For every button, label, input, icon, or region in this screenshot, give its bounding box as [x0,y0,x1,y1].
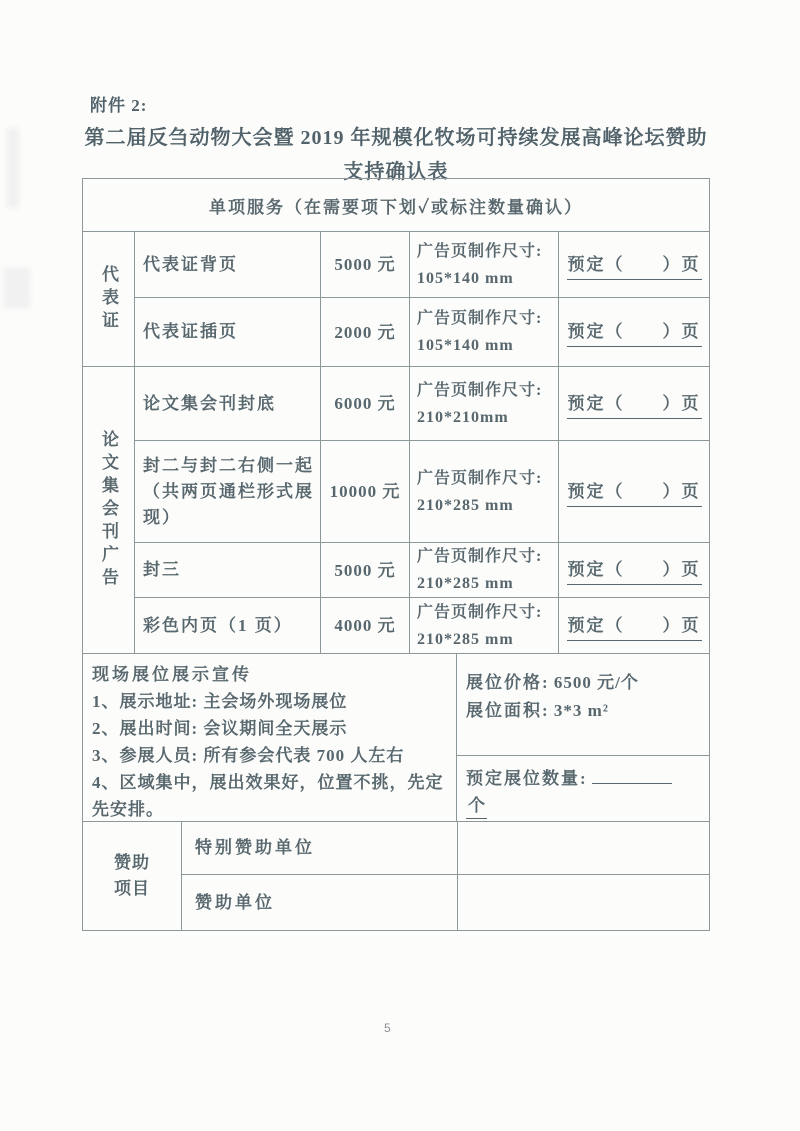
booth-area-label: 展位面积: [466,701,550,720]
table-row: 赞助单位 [181,874,709,930]
item-cell: 赞助单位 [181,875,457,930]
reserve-cell: 预定（ ）页 [558,543,709,597]
reserve-cell: 预定（ ）页 [558,598,709,653]
reserve-blank: 预定（ ）页 [567,389,702,419]
reserve-blank: 预定（ ）页 [567,611,702,641]
spec-cell: 广告页制作尺寸: 105*140 mm [409,298,558,366]
section-badge: 代表证 代表证背页 5000 元 广告页制作尺寸: 105*140 mm 预定（… [83,231,709,366]
booth-price-line: 展位价格: 6500 元/个 [466,669,705,697]
price-cell: 5000 元 [320,232,409,297]
booth-price-cell: 展位价格: 6500 元/个 展位面积: 3*3 m² [457,654,709,755]
reserve-blank: 预定（ ）页 [567,555,702,585]
spec-cell: 广告页制作尺寸: 210*210mm [409,367,558,440]
item-cell: 代表证插页 [134,298,320,366]
sponsor-value-cell [457,822,709,874]
title-line-1: 第二届反刍动物大会暨 2019 年规模化牧场可持续发展高峰论坛赞助 [80,121,712,155]
section-journal-ads: 论文集会刊广告 论文集会刊封底 6000 元 广告页制作尺寸: 210*210m… [83,366,709,653]
booth-quantity-cell: 预定展位数量: 个 [457,755,709,821]
category-cell-journal: 论文集会刊广告 [83,367,134,653]
booth-price-value: 6500 元/个 [554,673,639,692]
reserve-cell: 预定（ ）页 [558,232,709,297]
scan-artifact [4,268,30,308]
booth-detail-line: 4、区域集中，展出效果好，位置不挑，先定先安排。 [92,769,448,823]
item-cell: 彩色内页（1 页） [134,598,320,653]
reserve-blank: 预定（ ）页 [567,250,702,280]
booth-description-cell: 现场展位展示宣传 1、展示地址: 主会场外现场展位 2、展出时间: 会议期间全天… [83,654,456,821]
booth-detail-line: 2、展出时间: 会议期间全天展示 [92,715,448,742]
attachment-label: 附件 2: [90,91,147,116]
section-booth: 现场展位展示宣传 1、展示地址: 主会场外现场展位 2、展出时间: 会议期间全天… [83,653,709,821]
booth-price-label: 展位价格: [466,673,550,692]
booth-area-value: 3*3 m² [554,701,609,720]
booth-detail-line: 3、参展人员: 所有参会代表 700 人左右 [92,742,448,769]
item-cell: 代表证背页 [134,232,320,297]
spec-cell: 广告页制作尺寸: 105*140 mm [409,232,558,297]
table-row: 彩色内页（1 页） 4000 元 广告页制作尺寸: 210*285 mm 预定（… [134,597,709,653]
category-cell-badge: 代表证 [83,232,134,366]
section-sponsor: 赞助项目 特别赞助单位 赞助单位 [83,821,709,930]
booth-quantity-blank [592,767,672,784]
scan-artifact [7,128,19,208]
item-cell: 特别赞助单位 [181,822,457,874]
category-label: 代表证 [100,265,117,334]
table-header: 单项服务（在需要项下划✓或标注数量确认） [83,179,709,231]
spec-cell: 广告页制作尺寸: 210*285 mm [409,543,558,597]
category-cell-sponsor: 赞助项目 [83,822,181,930]
price-cell: 5000 元 [320,543,409,597]
category-label: 论文集会刊广告 [100,430,117,591]
price-cell: 10000 元 [320,441,409,542]
booth-quantity-unit: 个 [466,796,487,819]
reserve-cell: 预定（ ）页 [558,367,709,440]
document-page: 附件 2: 第二届反刍动物大会暨 2019 年规模化牧场可持续发展高峰论坛赞助 … [0,0,800,1131]
table-row: 封二与封二右侧一起 （共两页通栏形式展现） 10000 元 广告页制作尺寸: 2… [134,440,709,542]
sponsorship-confirmation-table: 单项服务（在需要项下划✓或标注数量确认） 代表证 代表证背页 5000 元 广告… [82,178,710,931]
table-row: 论文集会刊封底 6000 元 广告页制作尺寸: 210*210mm 预定（ ）页 [134,367,709,440]
item-cell: 封三 [134,543,320,597]
reserve-blank: 预定（ ）页 [567,477,702,507]
table-row: 封三 5000 元 广告页制作尺寸: 210*285 mm 预定（ ）页 [134,542,709,597]
item-cell: 论文集会刊封底 [134,367,320,440]
spec-cell: 广告页制作尺寸: 210*285 mm [409,598,558,653]
spec-cell: 广告页制作尺寸: 210*285 mm [409,441,558,542]
sponsor-value-cell [457,875,709,930]
page-number: 5 [384,1021,391,1035]
reserve-cell: 预定（ ）页 [558,298,709,366]
reserve-cell: 预定（ ）页 [558,441,709,542]
booth-detail-line: 1、展示地址: 主会场外现场展位 [92,688,448,715]
category-label: 赞助项目 [110,850,154,902]
table-row: 代表证背页 5000 元 广告页制作尺寸: 105*140 mm 预定（ ）页 [134,232,709,297]
table-row: 特别赞助单位 [181,822,709,874]
booth-title: 现场展位展示宣传 [92,661,448,688]
price-cell: 6000 元 [320,367,409,440]
booth-quantity-label: 预定展位数量: [466,769,588,788]
table-row: 代表证插页 2000 元 广告页制作尺寸: 105*140 mm 预定（ ）页 [134,297,709,366]
booth-area-line: 展位面积: 3*3 m² [466,697,705,725]
item-cell: 封二与封二右侧一起 （共两页通栏形式展现） [134,441,320,542]
price-cell: 4000 元 [320,598,409,653]
price-cell: 2000 元 [320,298,409,366]
reserve-blank: 预定（ ）页 [567,317,702,347]
